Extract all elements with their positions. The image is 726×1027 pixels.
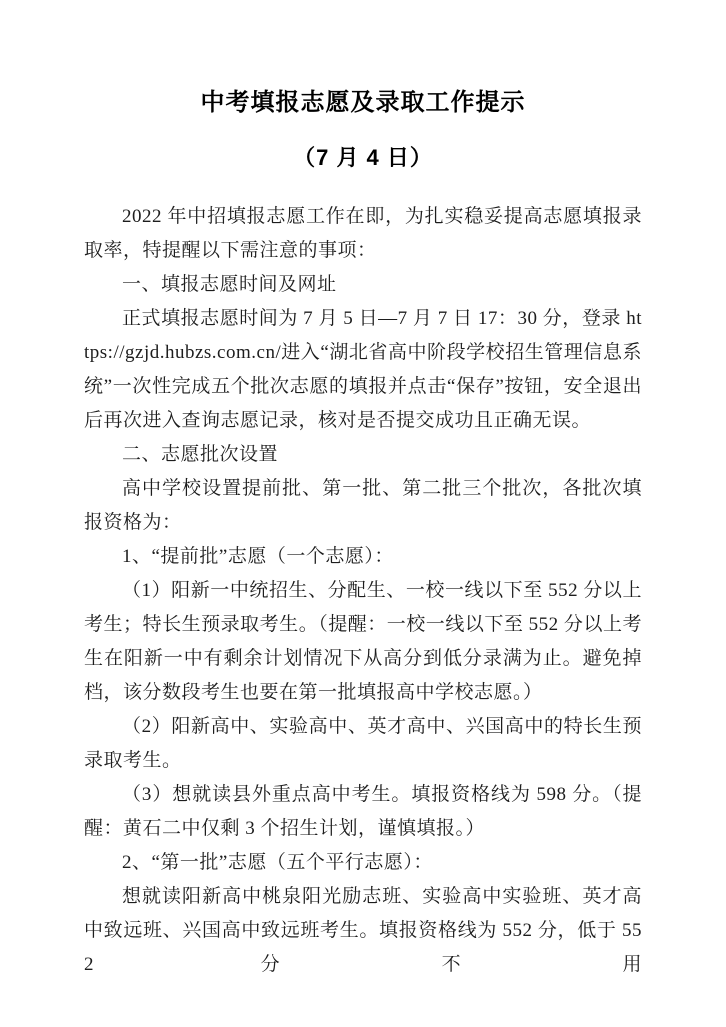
- paragraph-advance-item-3: （3）想就读县外重点高中考生。填报资格线为 598 分。（提醒：黄石二中仅剩 3…: [84, 778, 642, 846]
- paragraph-batch-overview: 高中学校设置提前批、第一批、第二批三个批次，各批次填报资格为：: [84, 472, 642, 540]
- paragraph-first-batch: 想就读阳新高中桃泉阳光励志班、实验高中实验班、英才高中致远班、兴国高中致远班考生…: [84, 880, 642, 982]
- paragraph-time-and-url: 正式填报志愿时间为 7 月 5 日—7 月 7 日 17：30 分，登录 htt…: [84, 302, 642, 438]
- heading-advance-batch: 1、“提前批”志愿（一个志愿）：: [84, 540, 642, 574]
- document-title: 中考填报志愿及录取工作提示: [84, 88, 642, 118]
- heading-section-1: 一、填报志愿时间及网址: [84, 268, 642, 302]
- paragraph-advance-item-1: （1）阳新一中统招生、分配生、一校一线以下至 552 分以上考生；特长生预录取考…: [84, 574, 642, 710]
- paragraph-advance-item-2: （2）阳新高中、实验高中、英才高中、兴国高中的特长生预录取考生。: [84, 710, 642, 778]
- document-subtitle: （7 月 4 日）: [84, 144, 642, 172]
- heading-section-2: 二、志愿批次设置: [84, 438, 642, 472]
- document-body: 2022 年中招填报志愿工作在即，为扎实稳妥提高志愿填报录取率，特提醒以下需注意…: [84, 200, 642, 982]
- paragraph-intro: 2022 年中招填报志愿工作在即，为扎实稳妥提高志愿填报录取率，特提醒以下需注意…: [84, 200, 642, 268]
- document-page: 中考填报志愿及录取工作提示 （7 月 4 日） 2022 年中招填报志愿工作在即…: [0, 0, 726, 1027]
- heading-first-batch: 2、“第一批”志愿（五个平行志愿）：: [84, 846, 642, 880]
